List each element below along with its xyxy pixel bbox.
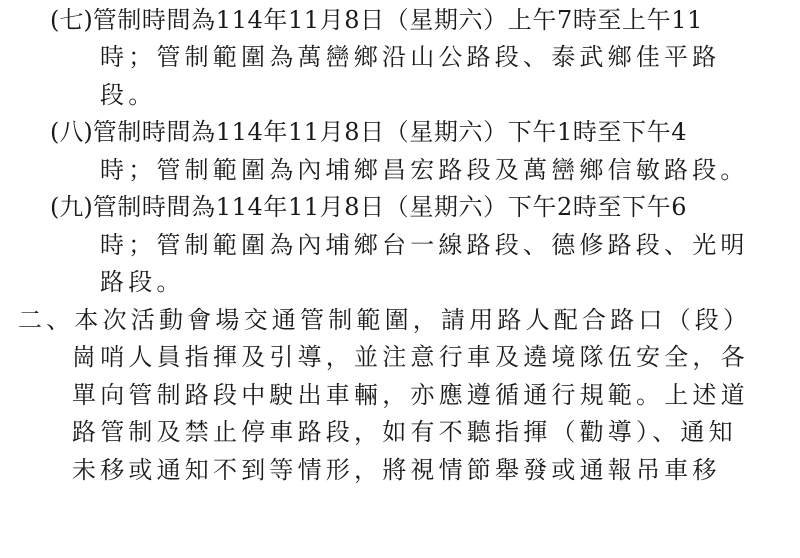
section-2-label: 二、 bbox=[18, 302, 74, 339]
item-7-text-1: 管制時間為114年11月8日（星期六）上午7時至上午11 bbox=[93, 6, 703, 34]
document-page: (七)管制時間為114年11月8日（星期六）上午7時至上午11 時；管制範圍為萬… bbox=[0, 0, 800, 558]
item-8-text-2: 時；管制範圍為內埔鄉昌宏路段及萬巒鄉信敏路段。 bbox=[100, 156, 749, 184]
section-2-text-2: 崗哨人員指揮及引導，並注意行車及遶境隊伍安全，各 bbox=[72, 343, 749, 371]
item-7-line-2: 時；管制範圍為萬巒鄉沿山公路段、泰武鄉佳平路 bbox=[100, 39, 720, 76]
section-2-text-5: 未移或通知不到等情形，將視情節舉發或通報吊車移 bbox=[72, 456, 721, 484]
item-9-label: (九) bbox=[50, 189, 93, 226]
item-8-line-1: (八)管制時間為114年11月8日（星期六）下午1時至下午4 bbox=[50, 114, 687, 151]
item-7-line-1: (七)管制時間為114年11月8日（星期六）上午7時至上午11 bbox=[50, 2, 703, 39]
item-7-label: (七) bbox=[50, 2, 93, 39]
section-2-line-1: 二、本次活動會場交通管制範圍，請用路人配合路口（段） bbox=[18, 302, 751, 339]
section-2-text-3: 單向管制路段中駛出車輛，亦應遵循通行規範。上述道 bbox=[72, 381, 749, 409]
item-9-line-1: (九)管制時間為114年11月8日（星期六）下午2時至下午6 bbox=[50, 189, 687, 226]
item-9-text-2: 時；管制範圍為內埔鄉台一線路段、德修路段、光明 bbox=[100, 231, 749, 259]
item-9-text-3: 路段。 bbox=[100, 268, 185, 296]
item-7-line-3: 段。 bbox=[100, 77, 156, 114]
item-8-line-2: 時；管制範圍為內埔鄉昌宏路段及萬巒鄉信敏路段。 bbox=[100, 152, 749, 189]
item-7-text-3: 段。 bbox=[100, 81, 156, 109]
section-2-line-4: 路管制及禁止停車路段，如有不聽指揮（勸導）、通知 bbox=[72, 414, 737, 451]
item-7-text-2: 時；管制範圍為萬巒鄉沿山公路段、泰武鄉佳平路 bbox=[100, 43, 720, 71]
item-9-line-2: 時；管制範圍為內埔鄉台一線路段、德修路段、光明 bbox=[100, 227, 749, 264]
item-8-label: (八) bbox=[50, 114, 93, 151]
item-9-text-1: 管制時間為114年11月8日（星期六）下午2時至下午6 bbox=[93, 193, 687, 221]
item-9-line-3: 路段。 bbox=[100, 264, 185, 301]
section-2-text-4: 路管制及禁止停車路段，如有不聽指揮（勸導）、通知 bbox=[72, 418, 737, 446]
section-2-line-2: 崗哨人員指揮及引導，並注意行車及遶境隊伍安全，各 bbox=[72, 339, 749, 376]
section-2-line-5: 未移或通知不到等情形，將視情節舉發或通報吊車移 bbox=[72, 452, 721, 489]
item-8-text-1: 管制時間為114年11月8日（星期六）下午1時至下午4 bbox=[93, 118, 687, 146]
section-2-text-1: 本次活動會場交通管制範圍，請用路人配合路口（段） bbox=[74, 306, 751, 334]
section-2-line-3: 單向管制路段中駛出車輛，亦應遵循通行規範。上述道 bbox=[72, 377, 749, 414]
